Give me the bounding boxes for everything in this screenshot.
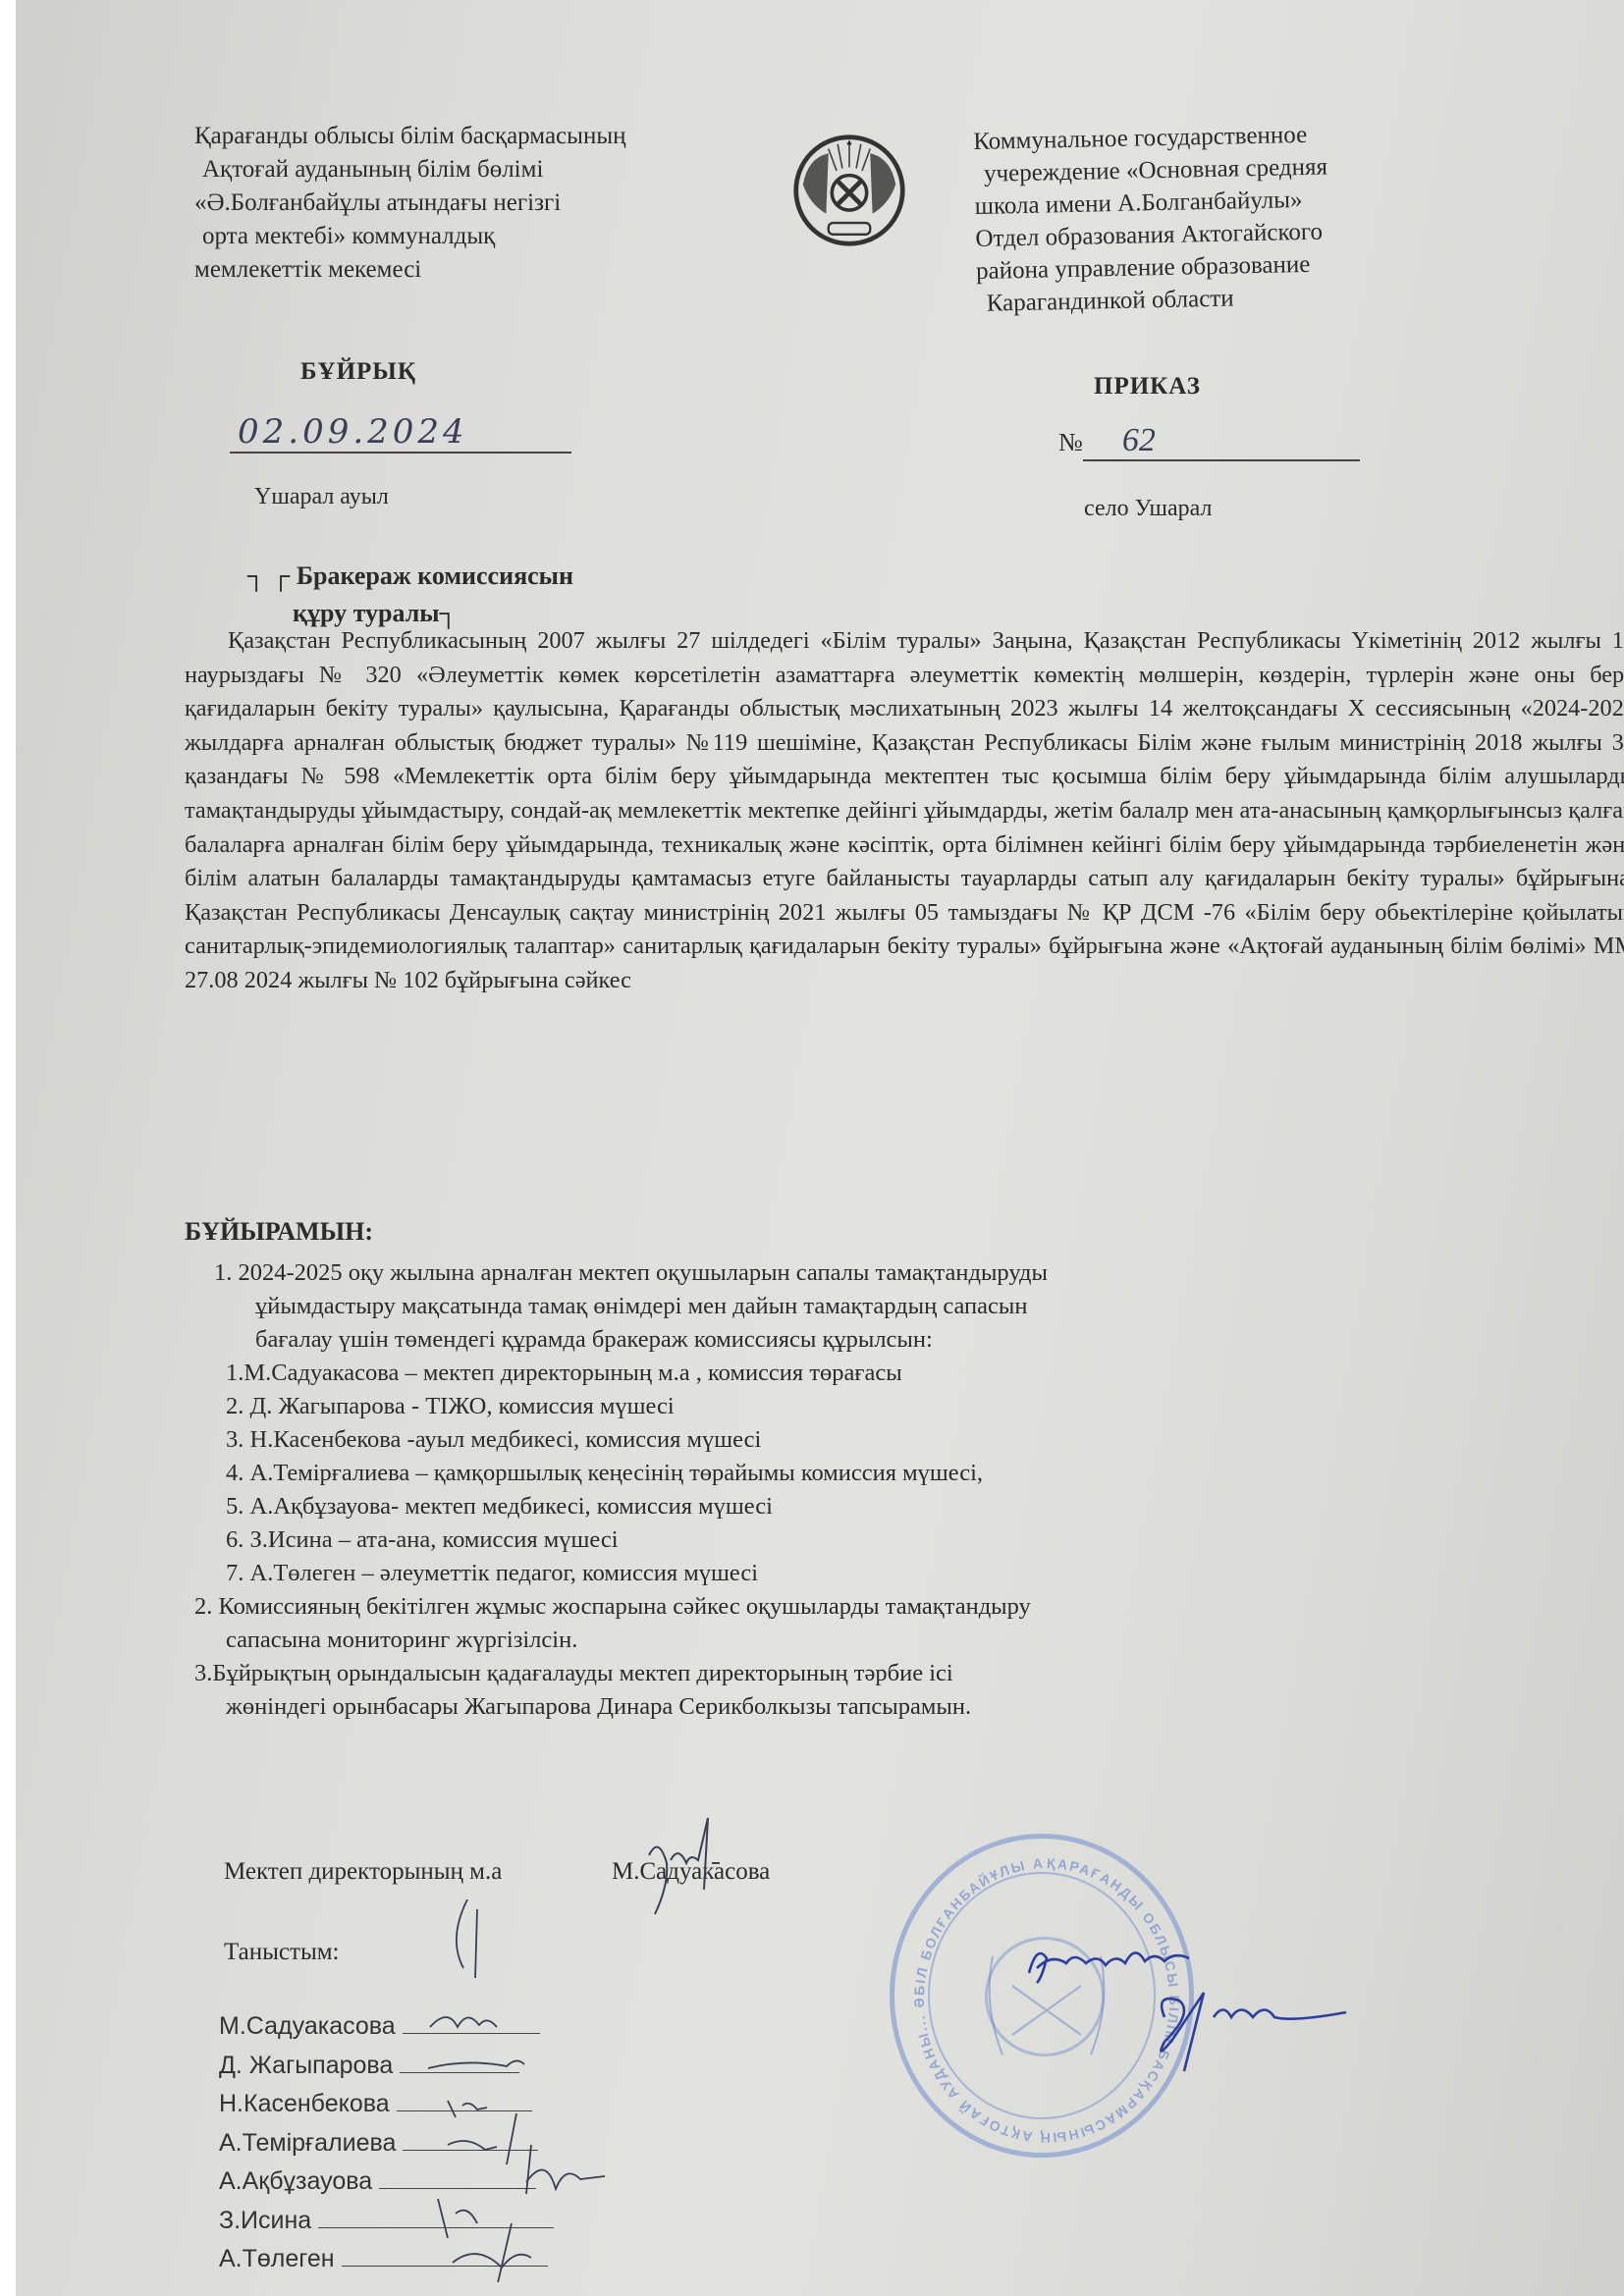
acknowledged-label: Таныстым:: [224, 1939, 340, 1966]
item-2-line: 2. Комиссияның бекітілген жұмыс жоспарын…: [185, 1590, 1048, 1624]
item-3-line: 3.Бұйрықтың орындалысын қадағалауды мект…: [185, 1657, 1048, 1690]
member-item: 2. Д. Жагыпарова - ТІЖО, комиссия мүшесі: [185, 1390, 1048, 1423]
place-ru: село Ушарал: [1084, 496, 1212, 522]
item-3-line: жөніндегі орынбасары Жагыпарова Динара С…: [185, 1690, 1048, 1724]
order-number-handwritten: 62: [1083, 422, 1360, 461]
preamble: Қазақстан Республикасының 2007 жылғы 27 …: [185, 624, 1624, 998]
order-title-ru: ПРИКАЗ: [1094, 373, 1201, 400]
director-signature-scribble-icon: [629, 1816, 747, 1924]
member-item: 5. А.Ақбұзауова- мектеп медбикесі, комис…: [185, 1490, 1048, 1523]
number-label: №: [1058, 428, 1083, 456]
ack-name: З.Исина: [219, 2207, 311, 2234]
blue-ink-signature-icon: [1007, 1924, 1380, 2091]
item-1-line: 1. 2024-2025 оқу жылына арналған мектеп …: [185, 1256, 1048, 1290]
document-page: Қарағанды облысы білім басқармасының Ақт…: [16, 0, 1624, 2296]
decree-items: 1. 2024-2025 оқу жылына арналған мектеп …: [185, 1256, 1048, 1724]
item-1-line: бағалау үшін төмендегі құрамда бракераж …: [185, 1323, 1048, 1357]
ack-name: А.Төлеген: [219, 2245, 335, 2272]
ack-name: Н.Касенбекова: [219, 2090, 390, 2117]
decree-heading: БҰЙЫРАМЫН:: [185, 1217, 373, 1247]
header-ru-line: Карагандинкой области: [976, 280, 1330, 320]
order-number: №62: [1058, 422, 1360, 461]
header-ru-institution: Коммунальное государственное учереждение…: [973, 118, 1330, 319]
order-title-kz: БҰЙРЫҚ: [300, 358, 416, 386]
place-kz: Үшарал ауыл: [254, 484, 389, 510]
order-subject: ┐ ┌ Бракераж комиссиясын құру туралы┐: [247, 558, 573, 632]
ack-name: А.Ақбұзауова: [219, 2167, 372, 2195]
member-item: 3. Н.Касенбекова -ауыл медбикесі, комисс…: [185, 1423, 1048, 1457]
header-kz-institution: Қарағанды облысы білім басқармасының Ақт…: [194, 120, 626, 287]
ack-name: Д. Жагыпарова: [219, 2052, 393, 2079]
ack-name: М.Садуакасова: [219, 2012, 396, 2040]
header-kz-line: Қарағанды облысы білім басқармасының: [194, 120, 626, 153]
subject-line: ┐ ┌ Бракераж комиссиясын: [247, 558, 573, 595]
ack-name: А.Темірғалиева: [219, 2129, 396, 2157]
member-item: 1.М.Садуакасова – мектеп директорының м.…: [185, 1357, 1048, 1390]
member-item: 7. А.Төлеген – әлеуметтік педагог, комис…: [185, 1557, 1048, 1590]
header-kz-line: Ақтоғай ауданының білім бөлімі: [194, 153, 626, 187]
preamble-text: Қазақстан Республикасының 2007 жылғы 27 …: [185, 624, 1624, 998]
signature-position: Мектеп директорының м.а: [224, 1858, 502, 1885]
director-signature-block: Мектеп директорының м.а М.Садуакасова: [224, 1858, 502, 1886]
header-kz-line: «Ә.Болғанбайұлы атындағы негізгі: [194, 187, 626, 220]
state-emblem-icon: [791, 133, 907, 248]
member-item: 4. А.Темірғалиева – қамқоршылық кеңесіні…: [185, 1457, 1048, 1490]
order-date-handwritten: 02.09.2024: [230, 412, 571, 454]
item-1-line: ұйымдастыру мақсатында тамақ өнімдері ме…: [185, 1290, 1048, 1323]
header-kz-line: мемлекеттік мекемесі: [194, 253, 626, 287]
ack-signatures-scribble-icon: [408, 1899, 634, 2282]
member-item: 6. З.Исина – ата-ана, комиссия мүшесі: [185, 1523, 1048, 1557]
item-2-line: сапасына мониторинг жүргізілсін.: [185, 1624, 1048, 1657]
header-kz-line: орта мектебі» коммуналдық: [194, 220, 626, 253]
